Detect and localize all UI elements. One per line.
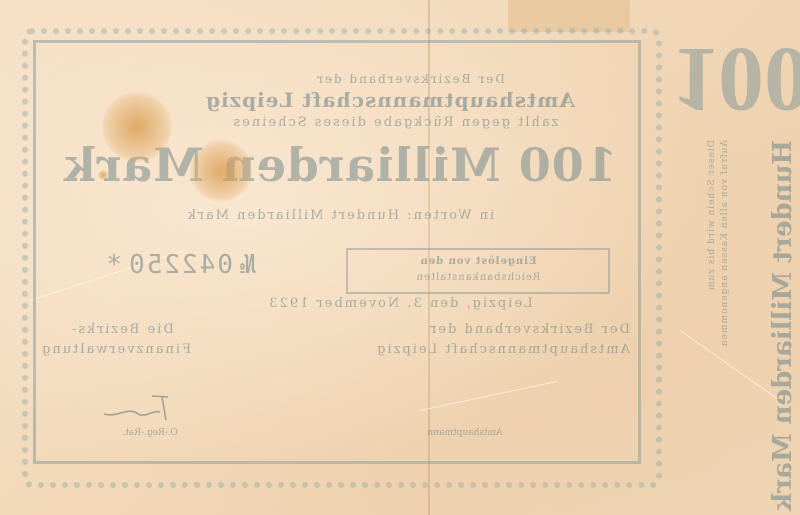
issuer-line-1: Der Bezirksverband der [190, 72, 630, 86]
sign-left-line-1: Der Bezirksverband der [300, 322, 630, 337]
banknote-photo: Der Bezirksverband der Amtshauptmannscha… [0, 0, 800, 515]
serial-mark: * [104, 250, 122, 280]
signature-caption-left: O.-Reg.-Rat. [100, 428, 200, 438]
stain [98, 170, 108, 180]
date-line: Leipzig, den 3. November 1923 [170, 296, 630, 311]
side-small-text: Dieser Schein wird bis zum Aufruf von al… [706, 140, 732, 347]
box-line-1: Eingelöst von den [348, 256, 608, 267]
box-line-2: Reichsbankanstalten [348, 272, 608, 283]
serial-number: 042250 [127, 250, 233, 280]
issuer-line-2: Amtshauptmannschaft Leipzig [150, 88, 630, 112]
signature [100, 392, 170, 422]
denomination-in-words: in Worten: Hundert Milliarden Mark [50, 208, 630, 223]
serial-number-group: № 042250 * [60, 250, 300, 280]
side-value: Hundert Milliarden Mark [768, 140, 798, 511]
sign-right-line-2: Finanzverwaltung [40, 342, 300, 357]
serial-prefix: № [238, 250, 256, 280]
side-small-line-2: Aufruf von allen Kassen angenommen [719, 140, 732, 347]
side-small-line-1: Dieser Schein wird bis zum [706, 140, 719, 347]
sign-right-line-1: Die Bezirks- [70, 322, 270, 337]
pay-line: zahlt gegen Rückgabe dieses Scheines [160, 115, 630, 130]
signature-caption-right: Amtshauptmann [400, 428, 530, 438]
redemption-box: Eingelöst von den Reichsbankanstalten [346, 248, 610, 294]
corner-value: 100 [672, 30, 782, 130]
stain [190, 140, 252, 202]
stain [102, 92, 172, 162]
